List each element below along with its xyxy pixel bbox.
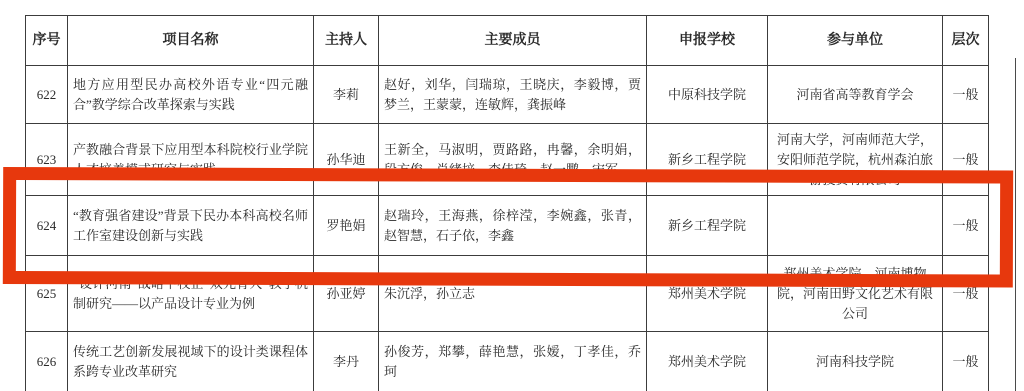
table-body: 622地方应用型民办高校外语专业“四元融合”教学综合改革探索与实践李莉赵好，刘华… xyxy=(26,66,989,391)
header-leader: 主持人 xyxy=(314,16,379,66)
cell-project: 产教融合背景下应用型本科院校行业学院人才培养模式研究与实践 xyxy=(68,124,314,196)
header-level: 层次 xyxy=(943,16,989,66)
document-page: 序号项目名称主持人主要成员申报学校参与单位层次 622地方应用型民办高校外语专业… xyxy=(0,0,1024,391)
table-row: 622地方应用型民办高校外语专业“四元融合”教学综合改革探索与实践李莉赵好，刘华… xyxy=(26,66,989,124)
cell-project: “教育强省建设”背景下民办本科高校名师工作室建设创新与实践 xyxy=(68,196,314,256)
cell-members: 赵瑞玲，王海燕，徐梓滢，李婉鑫，张青，赵智慧，石子依，李鑫 xyxy=(379,196,647,256)
cell-partners xyxy=(768,196,943,256)
header-project: 项目名称 xyxy=(68,16,314,66)
table-row: 625“设计河南”战略下校企“双元育人”教学机制研究——以产品设计专业为例孙亚婷… xyxy=(26,256,989,332)
cell-level: 一般 xyxy=(943,66,989,124)
table-row: 626传统工艺创新发展视域下的设计类课程体系跨专业改革研究李丹孙俊芳，郑攀，薛艳… xyxy=(26,332,989,391)
page-edge-line xyxy=(1015,58,1016,391)
cell-partners: 郑州美术学院，河南博物院，河南田野文化艺术有限公司 xyxy=(768,256,943,332)
cell-school: 中原科技学院 xyxy=(647,66,768,124)
cell-level: 一般 xyxy=(943,332,989,391)
cell-members: 孙俊芳，郑攀，薛艳慧，张嫒，丁孝佳，乔珂 xyxy=(379,332,647,391)
header-partners: 参与单位 xyxy=(768,16,943,66)
cell-project: 地方应用型民办高校外语专业“四元融合”教学综合改革探索与实践 xyxy=(68,66,314,124)
table-row: 623产教融合背景下应用型本科院校行业学院人才培养模式研究与实践孙华迪王新全，马… xyxy=(26,124,989,196)
header-row: 序号项目名称主持人主要成员申报学校参与单位层次 xyxy=(26,16,989,66)
projects-table: 序号项目名称主持人主要成员申报学校参与单位层次 622地方应用型民办高校外语专业… xyxy=(25,15,989,391)
cell-leader: 李莉 xyxy=(314,66,379,124)
cell-project: 传统工艺创新发展视域下的设计类课程体系跨专业改革研究 xyxy=(68,332,314,391)
cell-leader: 孙华迪 xyxy=(314,124,379,196)
cell-school: 郑州美术学院 xyxy=(647,332,768,391)
cell-leader: 罗艳娟 xyxy=(314,196,379,256)
cell-school: 郑州美术学院 xyxy=(647,256,768,332)
cell-project: “设计河南”战略下校企“双元育人”教学机制研究——以产品设计专业为例 xyxy=(68,256,314,332)
cell-leader: 李丹 xyxy=(314,332,379,391)
header-members: 主要成员 xyxy=(379,16,647,66)
cell-school: 新乡工程学院 xyxy=(647,196,768,256)
cell-level: 一般 xyxy=(943,256,989,332)
cell-leader: 孙亚婷 xyxy=(314,256,379,332)
cell-no: 624 xyxy=(26,196,68,256)
header-no: 序号 xyxy=(26,16,68,66)
cell-partners: 河南科技学院 xyxy=(768,332,943,391)
cell-members: 赵好，刘华，闫瑞琼，王晓庆，李毅博，贾梦兰，王蒙蒙，连敏辉，龚振峰 xyxy=(379,66,647,124)
cell-no: 625 xyxy=(26,256,68,332)
cell-school: 新乡工程学院 xyxy=(647,124,768,196)
cell-level: 一般 xyxy=(943,196,989,256)
cell-no: 626 xyxy=(26,332,68,391)
cell-members: 朱沉浮，孙立志 xyxy=(379,256,647,332)
table-row-highlighted: 624“教育强省建设”背景下民办本科高校名师工作室建设创新与实践罗艳娟赵瑞玲，王… xyxy=(26,196,989,256)
cell-no: 623 xyxy=(26,124,68,196)
cell-partners: 河南省高等教育学会 xyxy=(768,66,943,124)
cell-no: 622 xyxy=(26,66,68,124)
cell-members: 王新全，马淑明，贾路路，冉馨，余明娟，段方俊，肖绪培，李佳琦，赵一鹏，宋军 xyxy=(379,124,647,196)
cell-level: 一般 xyxy=(943,124,989,196)
header-school: 申报学校 xyxy=(647,16,768,66)
cell-partners: 河南大学，河南师范大学，安阳师范学院，杭州森泊旅游投资有限公司 xyxy=(768,124,943,196)
